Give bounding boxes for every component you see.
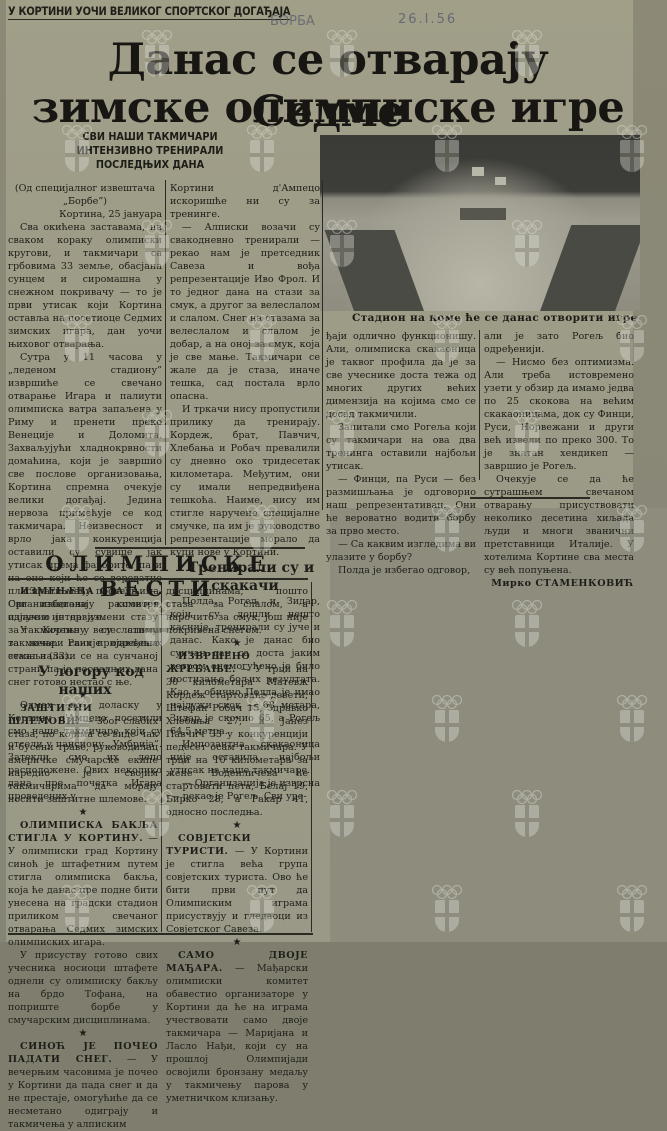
scanned-page: У КОРТИНИ УОЧИ ВЕЛИКОГ СПОРТСКОГ ДОГАЂАЈ… bbox=[0, 0, 667, 942]
article-paragraph: — Са каквим изгледима ви улазите у борбу… bbox=[326, 538, 476, 564]
deck-line-1: СВИ НАШИ ТАКМИЧАРИ ИНТЕНЗИВНО ТРЕНИРАЛИ bbox=[44, 130, 255, 158]
news-item: ОЛИМПИСКА БАКЉА СТИГЛА У КОРТИНУ. — У ол… bbox=[8, 819, 158, 942]
article-paragraph: али је зато Рогељ био одређенији. bbox=[484, 330, 634, 356]
star-separator: ★ bbox=[8, 806, 158, 819]
photo-caption: Стадион на коме ће се данас отворити игр… bbox=[352, 312, 638, 324]
news-item: ИЗВРШЕНО ЖРЕБАЊЕ. — У трци на 30 километ… bbox=[166, 650, 308, 819]
news-item: ИЗМЕЊЕНА СТАЗА. — Организациони комитет … bbox=[8, 585, 158, 689]
star-separator: ★ bbox=[166, 936, 308, 942]
article-paragraph: Очекује се да ће сутрашњем свечаном отва… bbox=[484, 473, 634, 577]
news-item: дисциплинама, пошто стаза за слалом, а н… bbox=[166, 585, 308, 637]
article-paragraph: Запитали смо Рогеља који су такмичари на… bbox=[326, 421, 476, 473]
kicker-line: У КОРТИНИ УОЧИ ВЕЛИКОГ СПОРТСКОГ ДОГАЂАЈ… bbox=[8, 4, 290, 20]
photo-flag bbox=[472, 167, 484, 176]
column-divider bbox=[479, 330, 480, 480]
column-divider bbox=[165, 180, 166, 545]
article-column-3: ђаји одлично функционишу. Али, олимписка… bbox=[326, 330, 476, 577]
article-paragraph: — Финци, па Руси — без размишљања је одг… bbox=[326, 473, 476, 538]
news-item: СОВЈЕТСКИ ТУРИСТИ. — У Кортини је стигла… bbox=[166, 832, 308, 936]
star-separator: ★ bbox=[166, 637, 308, 650]
photo-scoreboard bbox=[460, 208, 506, 220]
archive-stamp-date: 26.I.56 bbox=[398, 12, 457, 27]
section-rule-top bbox=[95, 547, 305, 549]
deck-line-2: ПОСЛЕДЊИХ ДАНА bbox=[44, 158, 255, 172]
star-separator: ★ bbox=[166, 819, 308, 832]
author-signature: Мирко СТАМЕНКОВИЋ bbox=[484, 577, 634, 590]
article-paragraph: Полда је избегао одговор, bbox=[326, 564, 476, 577]
news-column-left: ИЗМЕЊЕНА СТАЗА. — Организациони комитет … bbox=[8, 585, 158, 942]
column-divider bbox=[322, 180, 323, 510]
bottom-rule bbox=[8, 933, 313, 935]
photo-stand-left bbox=[325, 230, 426, 311]
stadium-photo bbox=[320, 135, 640, 311]
star-separator: ★ bbox=[8, 689, 158, 702]
dateline: Кортина, 25 јануара bbox=[8, 208, 162, 221]
article-paragraph: — Алписки возачи су свакодневно тренирал… bbox=[170, 221, 320, 403]
article-paragraph: — Нисмо без оптимизма. Али треба истовре… bbox=[484, 356, 634, 473]
article-paragraph: И тркачи нису пропустили прилику да трен… bbox=[170, 403, 320, 559]
column-divider bbox=[311, 582, 312, 932]
archive-stamp: БОРБА bbox=[270, 14, 315, 29]
article-paragraph: Сва окићена заставама, на сваком кораку … bbox=[8, 221, 162, 351]
end-rule bbox=[470, 497, 590, 499]
deck-subheadline: СВИ НАШИ ТАКМИЧАРИ ИНТЕНЗИВНО ТРЕНИРАЛИ … bbox=[44, 130, 255, 172]
news-item: ЗАШТИТНИ ШЛЕМОВИ. — Због слабих стаза, п… bbox=[8, 702, 158, 806]
column-divider bbox=[161, 582, 162, 932]
photo-flag bbox=[495, 177, 506, 185]
photo-stand-right bbox=[539, 225, 640, 311]
news-column-right: дисциплинама, пошто стаза за слалом, а н… bbox=[166, 585, 308, 942]
headline-line-2: зимске олимписке игре bbox=[28, 82, 628, 134]
section-rule-bottom bbox=[8, 578, 308, 580]
byline: (Од специјалног извештача „Борбе”) bbox=[8, 182, 162, 208]
article-paragraph: ђаји одлично функционишу. Али, олимписка… bbox=[326, 330, 476, 421]
article-column-4: али је зато Рогељ био одређенији. — Нисм… bbox=[484, 330, 634, 590]
article-paragraph: Кортини д'Ампецо искоришће ни су за трен… bbox=[170, 182, 320, 221]
